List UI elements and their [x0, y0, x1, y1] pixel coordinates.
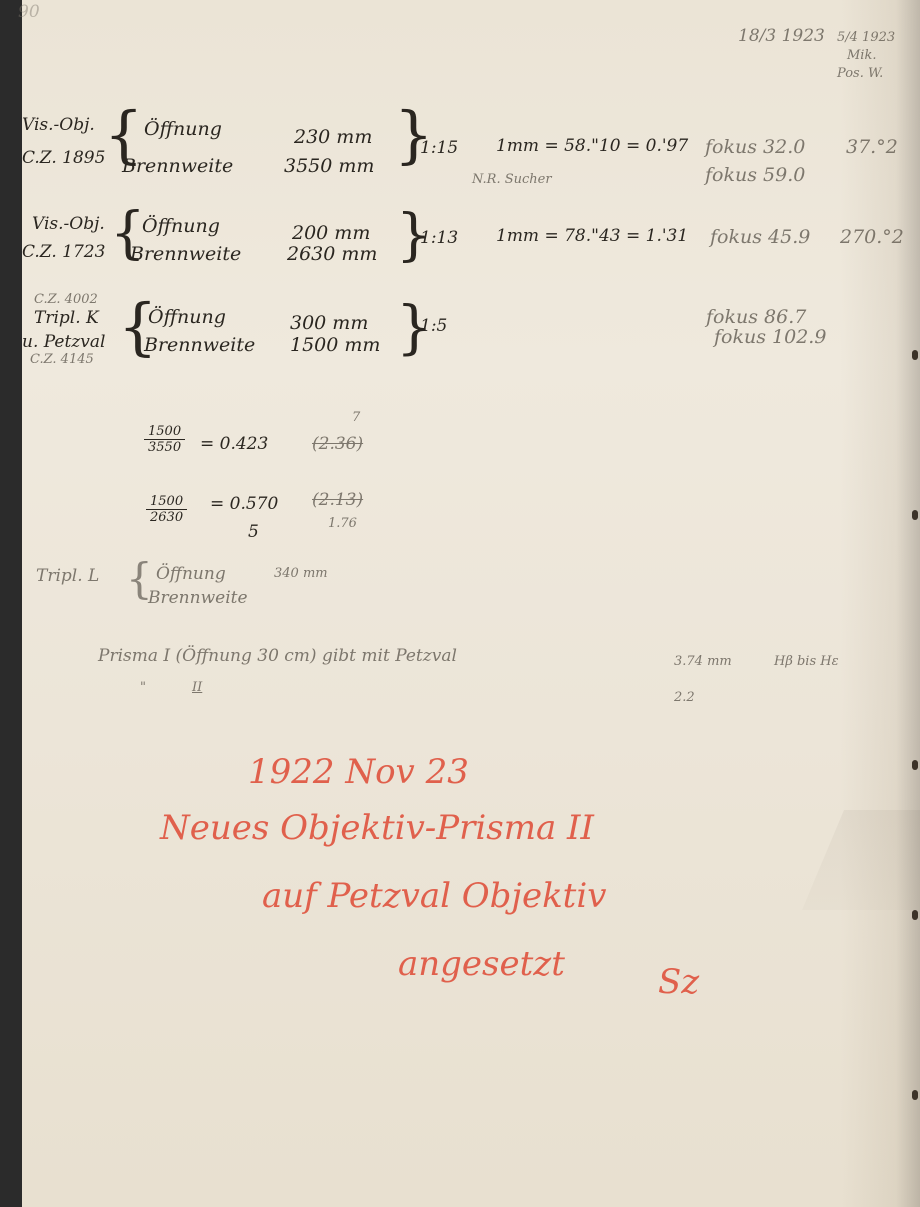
entry-2-focal-value: 2630 mm: [287, 243, 377, 265]
corner-mark: 90: [18, 2, 40, 22]
calc-2-denominator: 2630: [150, 510, 183, 525]
entry-1-angle: 37.°2: [846, 136, 898, 158]
tripl-l-focal-label: Brennweite: [148, 588, 248, 608]
entry-1-aperture-value: 230 mm: [294, 126, 372, 148]
entry-3-label-0: C.Z. 4002: [34, 292, 98, 307]
red-note-line-3: auf Petzval Objektiv: [262, 876, 606, 916]
binding-hole: [912, 510, 918, 520]
entry-3-focal-value: 1500 mm: [290, 334, 380, 356]
prisma-line-2-label: II: [192, 680, 202, 695]
calc-2-result-correction: 5: [248, 522, 259, 542]
entry-3-label-2: u. Petzval: [22, 332, 105, 352]
entry-2-angle: 270.°2: [840, 226, 904, 248]
notebook-page: 90 18/3 1923 5/4 1923 Mik. Pos. W. Vis.-…: [22, 0, 920, 1207]
entry-1-focus-2: fokus 59.0: [705, 164, 805, 186]
entry-2-ratio: 1:13: [420, 228, 458, 248]
calc-1-note-correction: 7: [352, 410, 360, 425]
calc-1-denominator: 3550: [148, 440, 181, 455]
entry-3-ratio: 1:5: [420, 316, 447, 336]
prisma-line-1-value: 3.74 mm: [674, 654, 732, 669]
entry-1-ratio: 1:15: [420, 138, 458, 158]
binding-hole: [912, 760, 918, 770]
entry-3-focus-2: fokus 102.9: [714, 326, 826, 348]
entry-1-focal-label: Brennweite: [122, 155, 233, 177]
paper-fold: [802, 810, 920, 910]
calc-2-numerator: 1500: [146, 494, 187, 510]
calc-1-result: = 0.423: [200, 434, 268, 454]
red-note-line-4: angesetzt: [398, 944, 565, 984]
header-date-1: 18/3 1923: [738, 26, 825, 46]
entry-1-focal-value: 3550 mm: [284, 155, 374, 177]
entry-2-focal-label: Brennweite: [130, 243, 241, 265]
red-note-signature: Sz: [658, 962, 699, 1002]
calc-1-numerator: 1500: [144, 424, 185, 440]
entry-1-label-2: C.Z. 1895: [22, 148, 105, 168]
calc-2-result: = 0.570: [210, 494, 278, 514]
entry-1-label-1: Vis.-Obj.: [22, 115, 95, 135]
prisma-line-1-range: Hβ bis Hε: [774, 654, 839, 669]
entry-2-aperture-label: Öffnung: [142, 215, 220, 237]
entry-3-label-3: C.Z. 4145: [30, 352, 94, 367]
red-note-date: 1922 Nov 23: [248, 752, 469, 792]
calc-1-fraction: 1500 3550: [144, 424, 185, 455]
entry-1-scale: 1mm = 58."10 = 0.'97: [496, 136, 688, 156]
calc-2-note-correction: 1.76: [328, 516, 357, 531]
entry-2-aperture-value: 200 mm: [292, 222, 370, 244]
binding-hole: [912, 910, 918, 920]
entry-3-aperture-value: 300 mm: [290, 312, 368, 334]
entry-1-focus-1: fokus 32.0: [705, 136, 805, 158]
entry-3-focus-1: fokus 86.7: [706, 306, 806, 328]
tripl-l-aperture-value: 340 mm: [274, 566, 328, 581]
entry-2-label-2: C.Z. 1723: [22, 242, 105, 262]
prisma-line-2-prefix: ": [140, 680, 146, 695]
binding-hole: [912, 350, 918, 360]
calc-1-note: (2.36): [312, 434, 363, 454]
prisma-line-1: Prisma I (Öffnung 30 cm) gibt mit Petzva…: [98, 646, 457, 666]
header-date-2-note-2: Pos. W.: [837, 66, 883, 81]
header-date-2: 5/4 1923: [837, 30, 895, 45]
entry-2-focus-1: fokus 45.9: [710, 226, 810, 248]
prisma-line-2-value: 2.2: [674, 690, 695, 705]
entry-2-label-1: Vis.-Obj.: [32, 214, 105, 234]
entry-3-label-1: Tripl. K: [34, 308, 99, 328]
entry-1-aperture-label: Öffnung: [144, 118, 222, 140]
red-note-line-2: Neues Objektiv-Prisma II: [160, 808, 594, 848]
entry-2-scale: 1mm = 78."43 = 1.'31: [496, 226, 688, 246]
tripl-l-aperture-label: Öffnung: [156, 564, 226, 584]
tripl-l-label: Tripl. L: [36, 566, 99, 586]
entry-3-aperture-label: Öffnung: [148, 306, 226, 328]
calc-2-note: (2.13): [312, 490, 363, 510]
header-date-2-note-1: Mik.: [847, 48, 876, 63]
entry-1-scale-note: N.R. Sucher: [472, 172, 552, 187]
calc-2-fraction: 1500 2630: [146, 494, 187, 525]
entry-3-focal-label: Brennweite: [144, 334, 255, 356]
binding-hole: [912, 1090, 918, 1100]
